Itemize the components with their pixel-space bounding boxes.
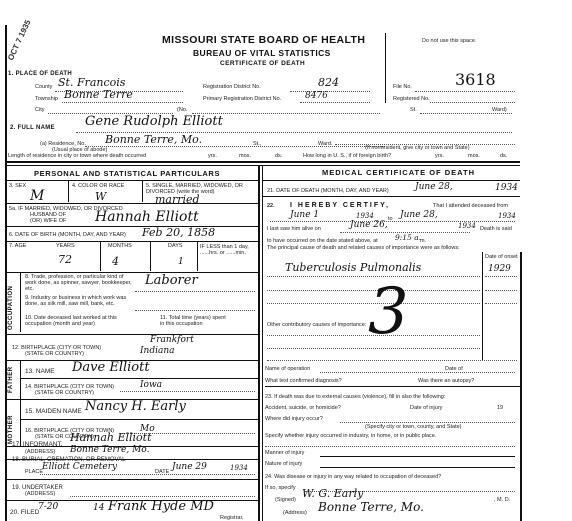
header-divider bbox=[385, 33, 386, 103]
do-not-use-note: Do not use this space. bbox=[422, 38, 476, 44]
ward-line bbox=[420, 113, 512, 114]
row-line bbox=[20, 378, 258, 379]
spouse-label-3: (OR) WIFE OF bbox=[30, 218, 66, 224]
days-value: 1 bbox=[178, 257, 184, 267]
form-title: MISSOURI STATE BOARD OF HEALTH bbox=[162, 34, 365, 46]
reg-district-value: 824 bbox=[318, 76, 339, 89]
dod-value: June 28, bbox=[415, 182, 453, 192]
md-label: , M. D. bbox=[494, 497, 510, 503]
attended-text: That I attended deceased from bbox=[433, 203, 508, 209]
medical-title-line bbox=[262, 180, 520, 181]
right-border bbox=[520, 252, 522, 521]
where-injury-label: Where did injury occur? bbox=[265, 416, 323, 422]
physician-address-value: Bonne Terre, Mo. bbox=[318, 500, 424, 514]
mos-label: mos. bbox=[239, 153, 251, 159]
external-causes-label: 23. If death was due to external causes … bbox=[265, 394, 445, 400]
onset-line-2 bbox=[485, 290, 517, 291]
birthplace-value-1: Frankfort bbox=[150, 335, 194, 345]
last-saw-value: June 26, bbox=[350, 220, 388, 230]
signed-label: (Signed) bbox=[275, 497, 296, 503]
trade-label: 8. Trade, profession, or particular kind… bbox=[25, 274, 133, 292]
registrar-label: Registrar. bbox=[220, 515, 244, 521]
row-line bbox=[6, 479, 258, 480]
date-onset-label: Date of onset bbox=[485, 254, 518, 260]
primary-reg-value: 8476 bbox=[305, 91, 328, 101]
birthplace-sub: (STATE OR COUNTRY) bbox=[25, 351, 84, 357]
bureau-title: BUREAU OF VITAL STATISTICS bbox=[193, 48, 331, 58]
section-divider-thin bbox=[6, 165, 520, 166]
mos2-label: mos. bbox=[468, 153, 480, 159]
us-label: How long in U. S., if of foreign birth? bbox=[303, 153, 391, 159]
color-value: W bbox=[95, 190, 106, 203]
row-line bbox=[6, 334, 258, 335]
age-divider bbox=[197, 241, 198, 271]
age-divider bbox=[150, 241, 151, 271]
specify-where-label: Specify whether injury occurred in indus… bbox=[265, 433, 436, 439]
manner-line bbox=[320, 456, 515, 457]
primary-reg-label: Primary Registration District No. bbox=[203, 96, 281, 102]
reg-district-line bbox=[290, 91, 370, 92]
no-label: (No. bbox=[177, 107, 187, 113]
residence-ward-label: Ward. bbox=[318, 141, 332, 147]
last-saw-label: I last saw him alive on bbox=[267, 226, 321, 232]
section-divider bbox=[6, 161, 520, 163]
nature-label: Nature of injury bbox=[265, 461, 302, 467]
nature-line bbox=[320, 467, 515, 468]
nonresident-line bbox=[335, 144, 515, 145]
full-name-value: Gene Rudolph Elliott bbox=[85, 114, 223, 129]
age-divider bbox=[100, 241, 101, 271]
informant-sub: (ADDRESS) bbox=[25, 449, 55, 455]
attended-from-year: 1934 bbox=[356, 212, 374, 220]
filed-value: 7-20 bbox=[38, 502, 58, 512]
mother-vertical-label: MOTHER bbox=[8, 415, 14, 444]
undertaker-line bbox=[70, 496, 255, 497]
age-label: 7. AGE bbox=[9, 243, 26, 249]
certify-label: I HEREBY CERTIFY, bbox=[290, 202, 390, 209]
dod-line bbox=[262, 196, 520, 197]
if-so-label: If so, specify bbox=[265, 485, 296, 491]
color-label: 4. COLOR OR RACE bbox=[72, 183, 124, 189]
row-line bbox=[6, 203, 258, 204]
diagnosis-label: What test confirmed diagnosis? bbox=[265, 378, 342, 384]
medical-section-title: MEDICAL CERTIFICATE OF DEATH bbox=[322, 168, 475, 177]
days-label: DAYS bbox=[168, 243, 183, 249]
row-line bbox=[20, 419, 258, 420]
county-label: County bbox=[35, 84, 52, 90]
injury-year-label: 19 bbox=[497, 405, 503, 411]
certificate-title: CERTIFICATE OF DEATH bbox=[220, 60, 305, 67]
ward-label: Ward) bbox=[492, 107, 507, 113]
column-divider-2 bbox=[262, 165, 263, 521]
spouse-value: Hannah Elliott bbox=[95, 209, 199, 225]
months-value: 4 bbox=[112, 255, 119, 268]
occupation-divider bbox=[20, 272, 21, 332]
nonresident-note: (If nonresident, give city or town and S… bbox=[365, 145, 470, 151]
less-day-label: IF LESS than 1 day, ......hrs. or ......… bbox=[200, 244, 256, 256]
dod-year: 1934 bbox=[495, 183, 518, 193]
residence-st-label: St., bbox=[253, 141, 261, 147]
certify-number: 22. bbox=[267, 203, 275, 209]
large-handwritten-mark: 3 bbox=[368, 280, 409, 344]
dob-value: Feb 20, 1858 bbox=[142, 226, 215, 239]
operation-label: Name of operation bbox=[265, 366, 310, 372]
reg-district-label: Registration District No. bbox=[203, 84, 261, 90]
father-divider bbox=[20, 360, 21, 400]
diagnosis-line bbox=[265, 386, 520, 387]
trade-line bbox=[135, 291, 255, 292]
residence-value: Bonne Terre, Mo. bbox=[105, 133, 202, 146]
occurred-suffix: m. bbox=[420, 238, 426, 244]
onset-divider bbox=[482, 252, 483, 360]
informant-label: 17. INFORMANT. bbox=[12, 442, 63, 448]
injury-date-label: Date of injury bbox=[410, 405, 442, 411]
primary-reg-line bbox=[300, 102, 370, 103]
occurred-time: 9:15 a. bbox=[395, 233, 421, 242]
township-label: Township bbox=[35, 96, 58, 102]
yrs-label: yrs. bbox=[208, 153, 217, 159]
ds2-label: ds. bbox=[500, 153, 507, 159]
burial-date-year: 1934 bbox=[230, 464, 248, 472]
filed-label: 20. FILED bbox=[10, 510, 39, 516]
file-no-label: File No. bbox=[393, 84, 412, 90]
autopsy-label: Was there an autopsy? bbox=[418, 378, 474, 384]
registrar-signature: Frank Hyde MD bbox=[108, 499, 214, 514]
father-bp-sub: (STATE OR COUNTRY) bbox=[35, 390, 94, 396]
registered-no-line bbox=[430, 102, 515, 103]
full-name-label: 2. FULL NAME bbox=[10, 125, 55, 131]
burial-date-value: June 29 bbox=[172, 462, 207, 472]
township-line bbox=[62, 102, 183, 103]
contributory-label: Other contributory causes of importance: bbox=[267, 322, 366, 328]
dob-label: 6. DATE OF BIRTH (MONTH, DAY, AND YEAR) bbox=[9, 232, 126, 238]
total-time-label: 11. Total time (years) spent in this occ… bbox=[160, 315, 226, 327]
attended-to-value: June 28, bbox=[400, 210, 438, 220]
mother-divider bbox=[20, 399, 21, 446]
accident-label: Accident, suicide, or homicide? bbox=[265, 405, 341, 411]
filed-year: 14 bbox=[93, 503, 104, 513]
father-vertical-label: FATHER bbox=[8, 366, 14, 393]
years-value: 72 bbox=[58, 253, 72, 266]
informant-value: Hannah Elliott bbox=[70, 431, 152, 444]
sex-divider bbox=[68, 180, 69, 202]
months-label: MONTHS bbox=[108, 243, 132, 249]
cause-value: Tuberculosis Pulmonalis bbox=[285, 261, 421, 274]
last-worked-label: 10. Date deceased last worked at this oc… bbox=[25, 315, 135, 327]
occurred-label: to have occurred on the date stated abov… bbox=[267, 238, 378, 244]
father-bp-line bbox=[120, 391, 255, 392]
father-name-value: Dave Elliott bbox=[72, 360, 150, 375]
dod-label: 21. DATE OF DEATH (MONTH, DAY, AND YEAR) bbox=[267, 188, 389, 194]
manner-label: Manner of injury bbox=[265, 450, 304, 456]
file-no-line bbox=[415, 91, 515, 92]
informant-address: Bonne Terre, Mo. bbox=[70, 445, 149, 455]
undertaker-sub: (ADDRESS) bbox=[25, 491, 55, 497]
color-divider bbox=[142, 180, 143, 202]
file-no-value: 3618 bbox=[455, 70, 496, 89]
death-said-label: Death is said bbox=[480, 226, 512, 232]
years-label: YEARS bbox=[56, 243, 75, 249]
onset-line-3 bbox=[485, 303, 517, 304]
where-injury-line bbox=[340, 422, 515, 423]
ds-label: ds. bbox=[275, 153, 282, 159]
personal-title-line bbox=[6, 180, 258, 181]
occupation-related-label: 24. Was disease or injury in any way rel… bbox=[265, 474, 441, 480]
st-label: St. bbox=[410, 107, 417, 113]
physician-address-label: (Address) bbox=[283, 510, 307, 516]
sex-value: M bbox=[30, 188, 44, 204]
column-divider bbox=[258, 165, 260, 521]
burial-place-value: Elliott Cemetery bbox=[42, 462, 117, 472]
personal-section-title: PERSONAL AND STATISTICAL PARTICULARS bbox=[34, 169, 220, 178]
operation-line bbox=[320, 372, 515, 373]
row-line bbox=[6, 241, 258, 242]
father-bp-value: Iowa bbox=[140, 380, 162, 390]
last-saw-year: 1934 bbox=[458, 222, 476, 230]
contributory-line-3 bbox=[267, 360, 517, 361]
birthplace-value-2: Indiana bbox=[140, 346, 175, 356]
length-residence-label: Length of residence in city or town wher… bbox=[8, 153, 146, 159]
principal-cause-label: The principal cause of death and related… bbox=[267, 245, 460, 251]
specify-where-line bbox=[265, 446, 515, 447]
row-line bbox=[6, 272, 258, 273]
trade-value: Laborer bbox=[145, 273, 198, 288]
physician-signature: W. G. Early bbox=[302, 487, 363, 500]
received-stamp: OCT 7 1935 bbox=[6, 19, 33, 62]
industry-label: 9. Industry or business in which work wa… bbox=[25, 295, 133, 307]
row-line bbox=[6, 226, 258, 227]
onset-line-1 bbox=[485, 276, 517, 277]
yrs2-label: yrs. bbox=[435, 153, 444, 159]
onset-value: 1929 bbox=[488, 264, 511, 274]
father-name-label: 13. NAME bbox=[25, 369, 55, 375]
attended-from-value: June 1 bbox=[290, 210, 319, 220]
sex-label: 3. SEX bbox=[9, 183, 26, 189]
specify-city-note: (Specify city or town, county, and State… bbox=[365, 424, 462, 430]
city-label: City bbox=[35, 107, 44, 113]
attended-to-year: 1934 bbox=[498, 212, 516, 220]
mother-maiden-value: Nancy H. Early bbox=[85, 399, 186, 414]
marital-value: married bbox=[155, 193, 200, 206]
township-value: Bonne Terre bbox=[64, 88, 133, 101]
occupation-vertical-label: OCCUPATION bbox=[8, 286, 14, 330]
burial-line bbox=[40, 474, 255, 475]
attended-line bbox=[270, 221, 515, 222]
industry-line bbox=[135, 310, 255, 311]
registered-no-label: Registered No. bbox=[393, 96, 430, 102]
mother-maiden-label: 15. MAIDEN NAME bbox=[25, 409, 82, 415]
residence-line bbox=[85, 146, 385, 147]
